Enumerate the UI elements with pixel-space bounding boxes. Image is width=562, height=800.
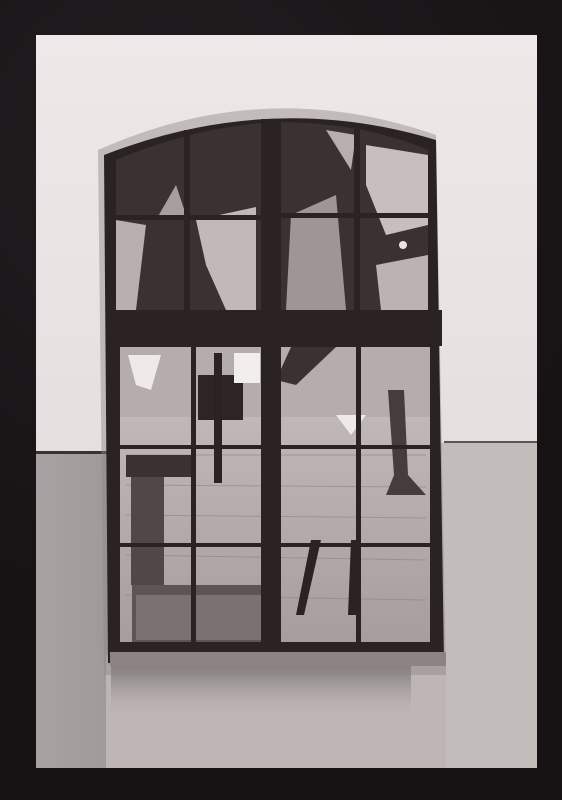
timber-post	[214, 353, 222, 483]
window-scene	[36, 35, 537, 768]
photograph	[36, 35, 537, 768]
window-sill	[110, 652, 446, 666]
